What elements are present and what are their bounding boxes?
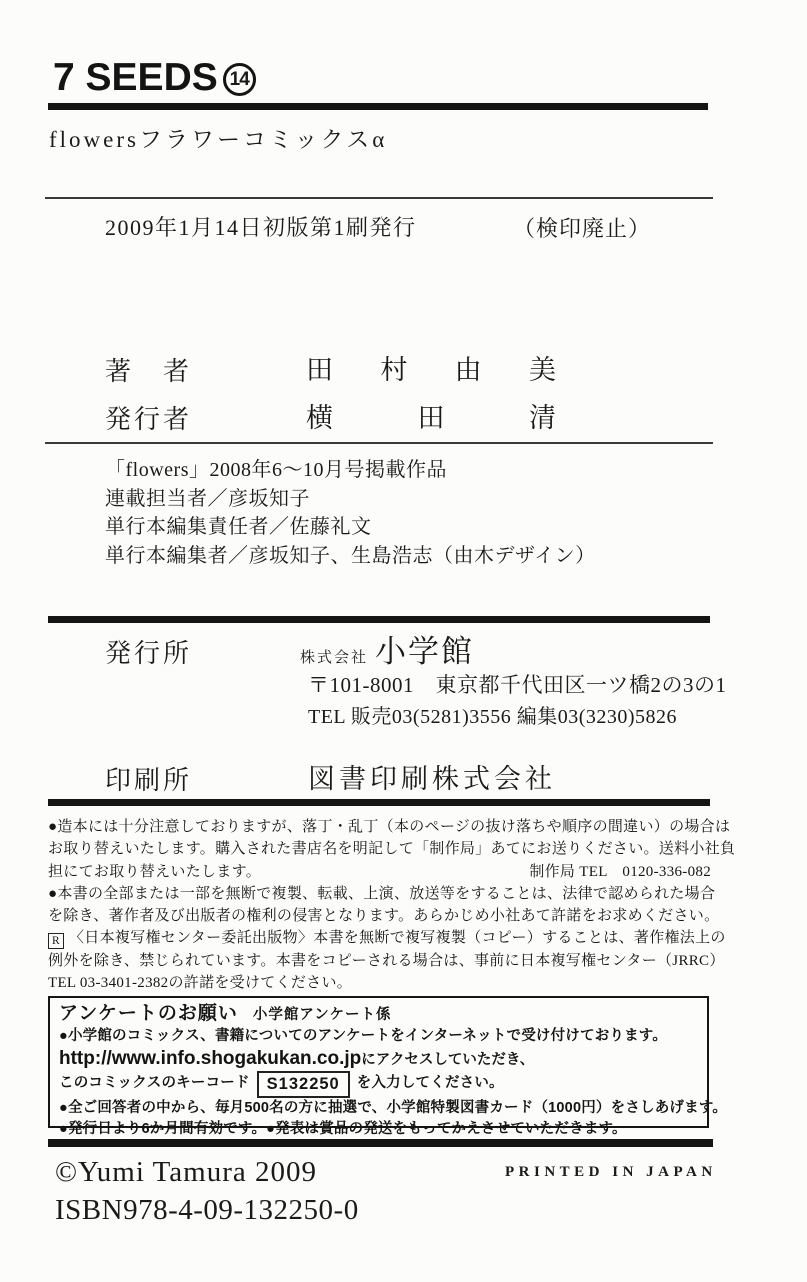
edition-date: 2009年1月14日初版第1刷発行	[105, 211, 417, 242]
volume-number: 14	[230, 69, 249, 91]
inspection-abolished-note: （検印廃止）	[513, 212, 651, 243]
tankobon-chief-editor-line: 単行本編集責任者／佐藤礼文	[105, 513, 596, 542]
publishing-company-row: 株式会社 小学館	[300, 626, 474, 671]
survey-keycode-row: このコミックスのキーコード S132250 を入力してください。	[59, 1071, 698, 1098]
production-bureau-phone: 制作局 TEL 0120-336-082	[529, 861, 711, 883]
survey-request-box: アンケートのお願い 小学館アンケート係 ●小学館のコミックス、書籍についてのアン…	[48, 996, 709, 1128]
survey-intro-line: ●小学館のコミックス、書籍についてのアンケートをインターネットで受け付けておりま…	[59, 1026, 698, 1048]
legal-notices: ●造本には十分注意しておりますが、落丁・乱丁（本のページの抜け落ちや順序の間違い…	[48, 816, 711, 994]
author-name: 田村由美	[306, 348, 556, 387]
printer-name: 図書印刷株式会社	[308, 757, 556, 796]
reproduction-notice-line: R〈日本複写権センター委託出版物〉本書を無断で複写複製（コピー）することは、著作…	[48, 927, 711, 949]
copyright-notice-line: を除き、著作者及び出版者の権利の侵害となります。あらかじめ小社あて許諾をお求めく…	[48, 905, 711, 927]
survey-validity-line: ●発行日より6か月間有効です。●発表は賞品の発送をもってかえさせていただきます。	[59, 1119, 698, 1141]
survey-url: http://www.info.shogakukan.co.jp	[59, 1048, 361, 1070]
reproduction-notice-line: TEL 03-3401-2382の許諾を受けてください。	[48, 972, 711, 994]
reproduction-notice-line: 例外を除き、禁じられています。本書をコピーされる場合は、事前に日本複写権センター…	[48, 950, 711, 972]
book-title-row: 7 SEEDS 14	[53, 56, 256, 100]
company-name: 小学館	[375, 626, 474, 671]
divider-thick-bottom	[48, 1139, 713, 1147]
binding-notice-line: 担にてお取り替えいたします。 制作局 TEL 0120-336-082	[48, 861, 711, 883]
survey-prize-line: ●全ご回答者の中から、毎月500名の方に抽選で、小学館特製図書カード（1000円…	[59, 1098, 698, 1120]
divider-thin-1	[45, 197, 713, 199]
reproduction-notice-text: 〈日本複写権センター委託出版物〉本書を無断で複写複製（コピー）することは、著作権…	[69, 930, 726, 946]
company-prefix: 株式会社	[300, 646, 368, 667]
publisher-phone: TEL 販売03(5281)3556 編集03(3230)5826	[308, 700, 677, 729]
binding-notice-text: 担にてお取り替えいたします。	[48, 861, 261, 883]
publisher-address: 〒101-8001 東京都千代田区一ツ橋2の3の1	[308, 669, 727, 699]
keycode-prefix: このコミックスのキーコード	[59, 1073, 250, 1095]
keycode-value: S132250	[257, 1071, 350, 1098]
volume-badge: 14	[223, 63, 256, 96]
printer-label: 印刷所	[105, 760, 189, 797]
printed-in-japan: PRINTED IN JAPAN	[505, 1164, 717, 1181]
copyright-line: ©Yumi Tamura 2009	[55, 1156, 317, 1189]
divider-thick-3	[48, 799, 710, 806]
publisher-person-name: 横田清	[306, 396, 556, 435]
survey-address-label: 小学館アンケート係	[253, 1004, 392, 1026]
book-title: 7 SEEDS	[53, 56, 218, 100]
jrrc-r-mark: R	[48, 933, 64, 949]
survey-heading: アンケートのお願い	[59, 1003, 238, 1025]
survey-heading-row: アンケートのお願い 小学館アンケート係	[59, 1003, 698, 1026]
imprint-label: flowersフラワーコミックスα	[49, 121, 387, 154]
binding-notice-line: お取り替えいたします。購入された書店名を明記して「制作局」あてにお送りください。…	[48, 838, 711, 860]
survey-url-suffix: にアクセスしていただき、	[361, 1049, 534, 1071]
divider-thin-2	[45, 442, 713, 444]
colophon-page: 7 SEEDS 14 flowersフラワーコミックスα 2009年1月14日初…	[0, 0, 807, 1282]
survey-url-row: http://www.info.shogakukan.co.jp にアクセスして…	[59, 1048, 698, 1071]
binding-notice-line: ●造本には十分注意しておりますが、落丁・乱丁（本のページの抜け落ちや順序の間違い…	[48, 816, 711, 838]
keycode-suffix: を入力してください。	[357, 1073, 504, 1095]
author-label: 著者	[105, 351, 189, 388]
publisher-person-label: 発行者	[105, 399, 189, 436]
serialization-source-line: 「flowers」2008年6～10月号掲載作品	[105, 456, 596, 485]
serial-editor-line: 連載担当者／彦坂知子	[105, 485, 596, 514]
serialization-credits: 「flowers」2008年6～10月号掲載作品 連載担当者／彦坂知子 単行本編…	[105, 456, 596, 570]
isbn-line: ISBN978-4-09-132250-0	[55, 1194, 359, 1227]
publishing-house-label: 発行所	[105, 633, 189, 670]
copyright-notice-line: ●本書の全部または一部を無断で複製、転載、上演、放送等をすることは、法律で認めら…	[48, 883, 711, 905]
tankobon-editors-line: 単行本編集者／彦坂知子、生島浩志（由木デザイン）	[105, 542, 596, 571]
divider-thick-top	[48, 103, 708, 110]
divider-thick-2	[48, 616, 710, 623]
